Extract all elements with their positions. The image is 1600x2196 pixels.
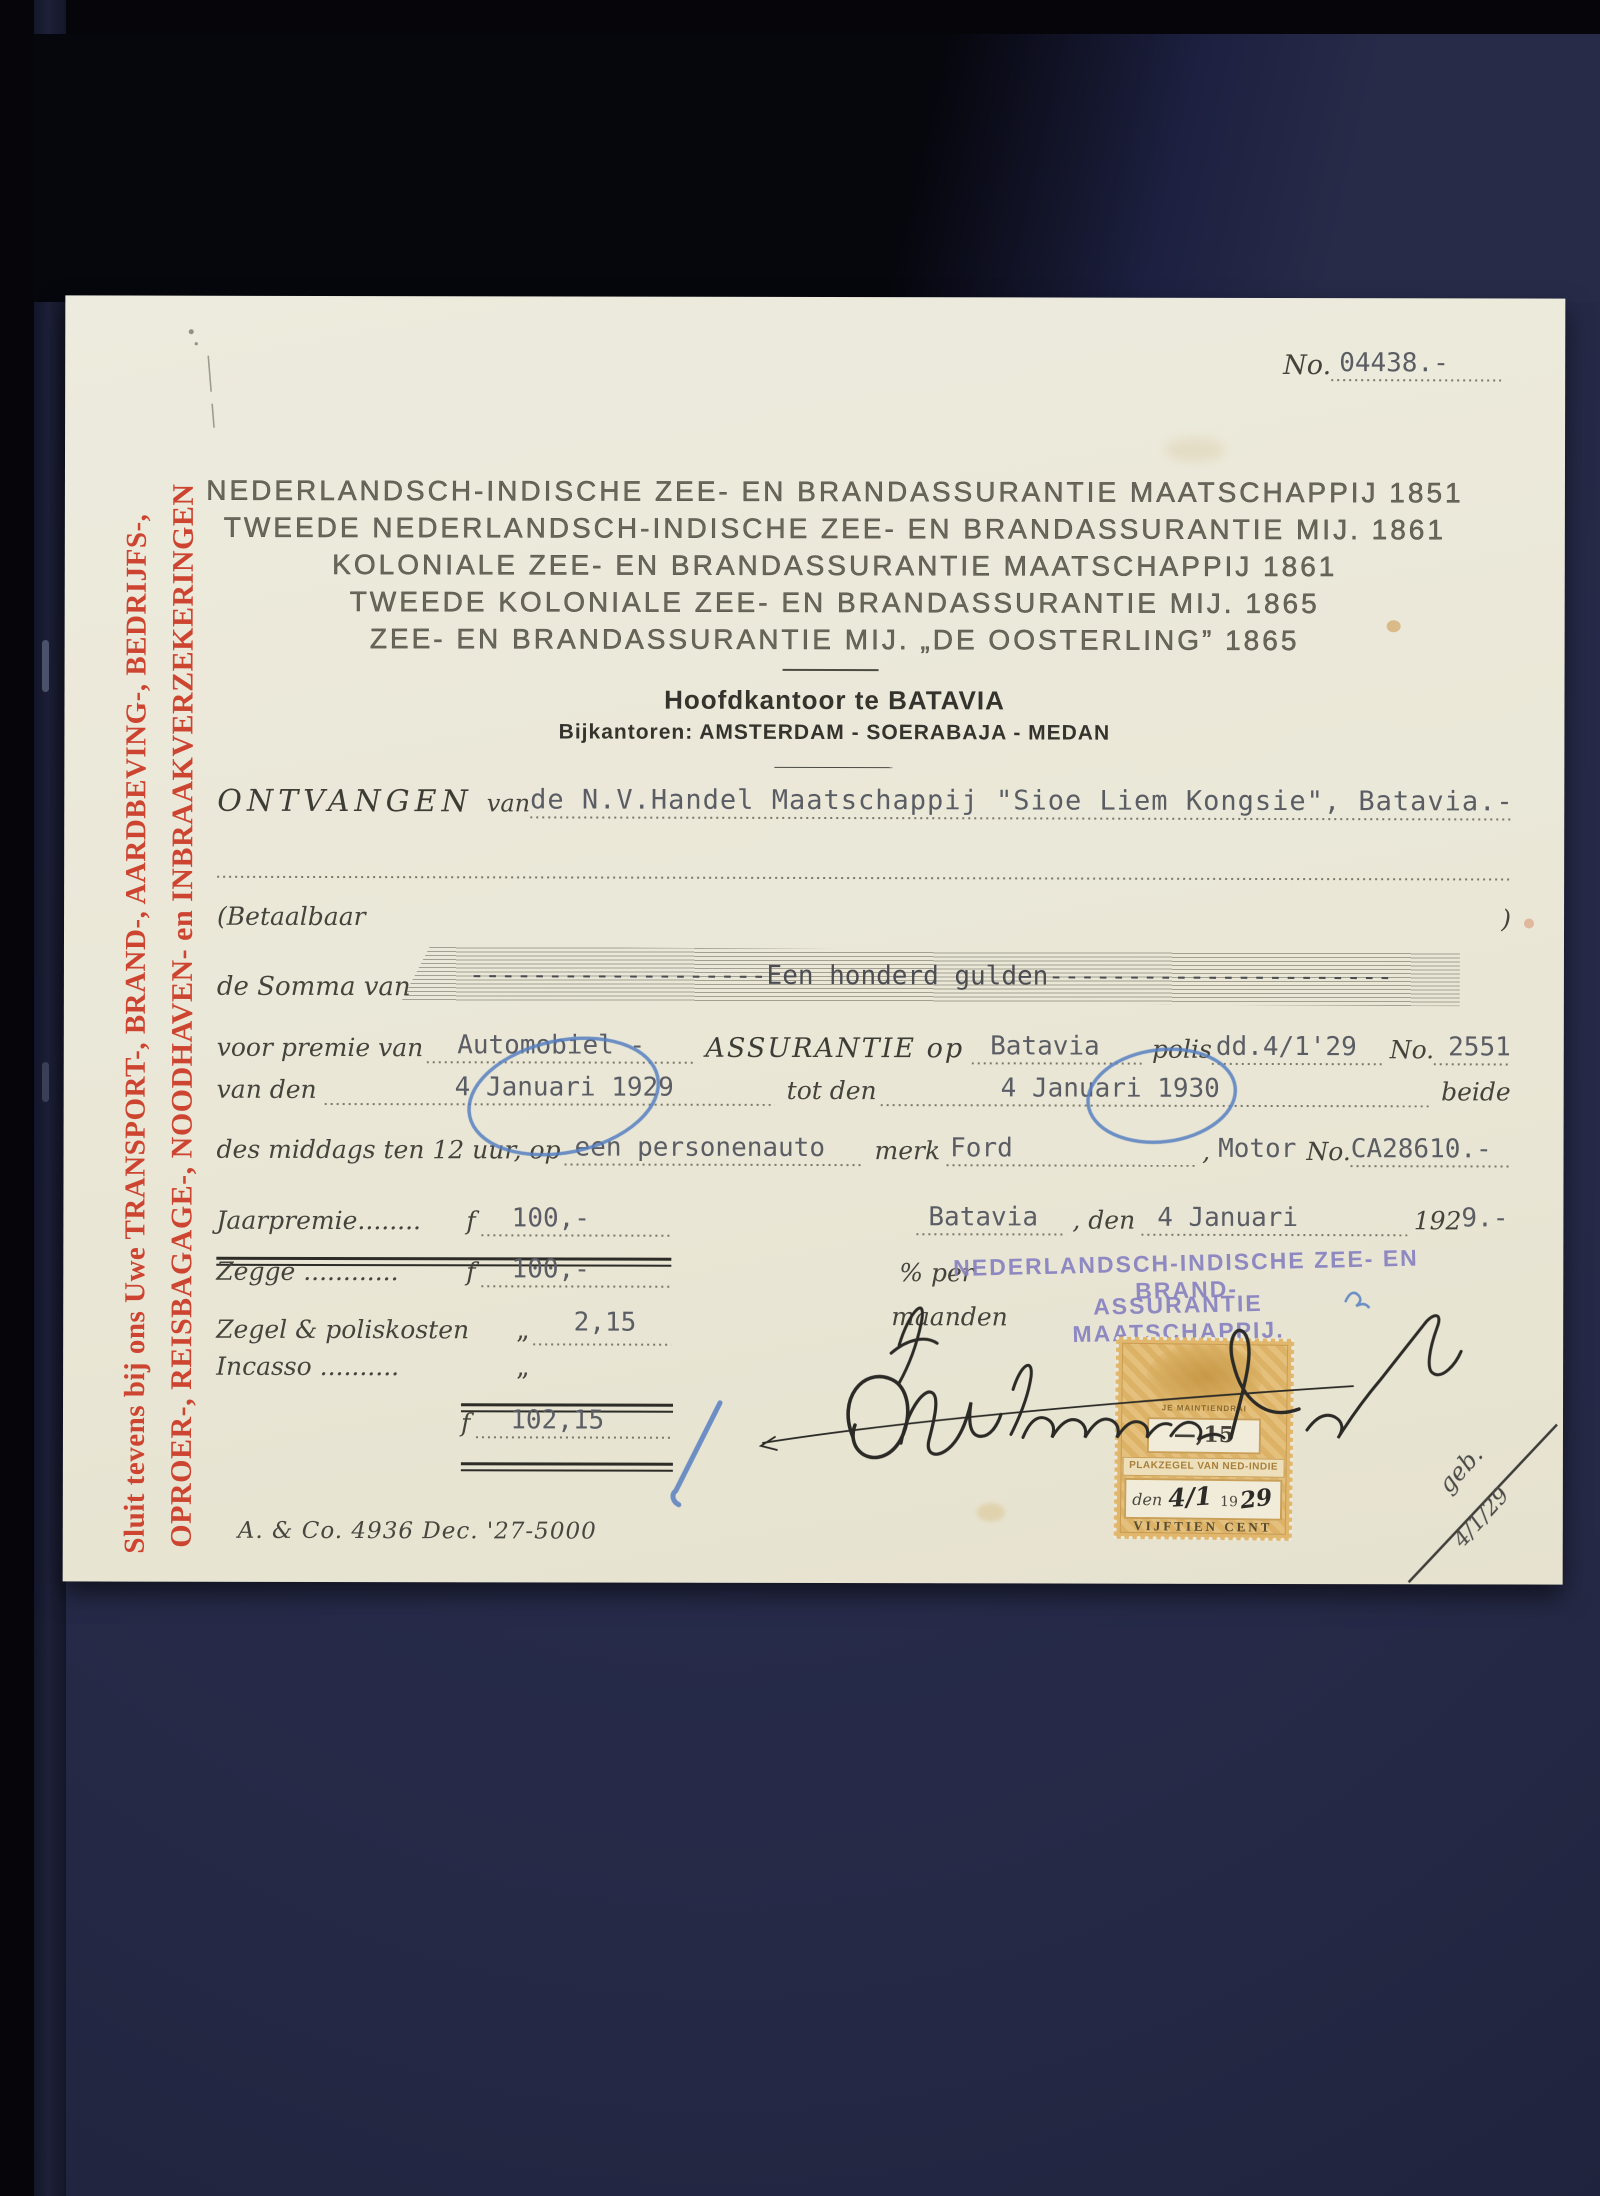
sleeve-glint — [42, 640, 49, 692]
photo-scene: No. 04438.- NEDERLANDSCH-INDISCHE ZEE- E… — [0, 0, 1600, 2196]
pencil-note: geb. 4/1/29 — [1409, 1424, 1557, 1582]
blue-initials — [1345, 1293, 1369, 1308]
sleeve-reflection — [34, 34, 1600, 302]
receipt-document: No. 04438.- NEDERLANDSCH-INDISCHE ZEE- E… — [63, 295, 1566, 1584]
album-frame-top — [0, 0, 1600, 34]
pencil-note-date: 4/1/29 — [1448, 1483, 1515, 1553]
sleeve-glint — [42, 1062, 49, 1102]
annotations-overlay: geb. 4/1/29 — [63, 295, 1566, 1584]
signature-arrow — [761, 1437, 777, 1450]
album-frame-left — [0, 0, 34, 2196]
pencil-note-word: geb. — [1433, 1441, 1489, 1499]
pencil-scratch — [189, 329, 215, 428]
album-sleeve-edge — [34, 0, 66, 2196]
blue-checkmark — [673, 1403, 720, 1505]
signature — [761, 1308, 1461, 1459]
